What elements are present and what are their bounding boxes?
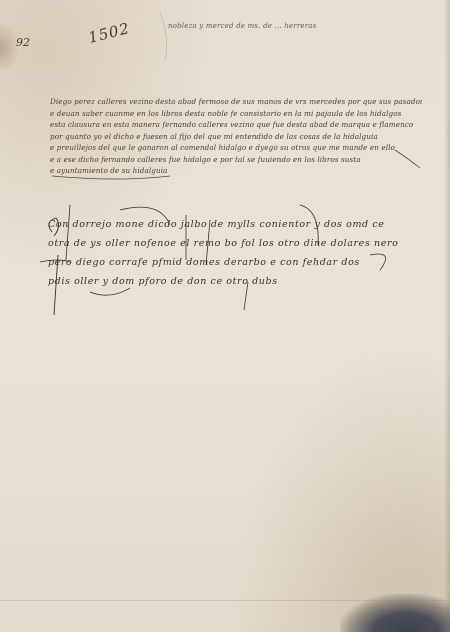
page-edge-shadow bbox=[444, 0, 450, 632]
pen-flourishes-icon bbox=[0, 0, 450, 632]
document-heading: nobleza y merced de ms. de ... herreras bbox=[168, 22, 316, 30]
text-line: esta clausura en esta manera fernando ca… bbox=[50, 119, 422, 131]
year-annotation: 1502 bbox=[86, 19, 131, 47]
second-text-block: Con dorrejo mone dicdo jalbo de mylls co… bbox=[48, 215, 448, 291]
text-line: Con dorrejo mone dicdo jalbo de mylls co… bbox=[48, 215, 448, 234]
manuscript-page: 92 1502 nobleza y merced de ms. de ... h… bbox=[0, 0, 450, 632]
text-line: e a ese dicho fernando calleres fue hida… bbox=[50, 154, 422, 166]
text-line: e deuan saber cuanme en los libros desta… bbox=[50, 108, 422, 120]
text-line: otra de ys oller nofenoe el remo bo fol … bbox=[48, 234, 448, 253]
torn-corner bbox=[340, 594, 450, 632]
text-line: por quanto yo el dicho e fuesen al fijo … bbox=[50, 131, 422, 143]
folio-number: 92 bbox=[16, 36, 30, 49]
text-line: Diego perez calleres vezino desta abad f… bbox=[50, 96, 422, 108]
first-text-block: Diego perez calleres vezino desta abad f… bbox=[50, 96, 422, 177]
text-line: e ayuntamiento de su hidalguia bbox=[50, 165, 422, 177]
text-line: pero diego corrafe pfmid domes derarbo e… bbox=[48, 253, 448, 272]
text-line: e preuillejos del que le ganaron al come… bbox=[50, 142, 422, 154]
text-line: pdis oller y dom pforo de don ce otro du… bbox=[48, 272, 448, 291]
